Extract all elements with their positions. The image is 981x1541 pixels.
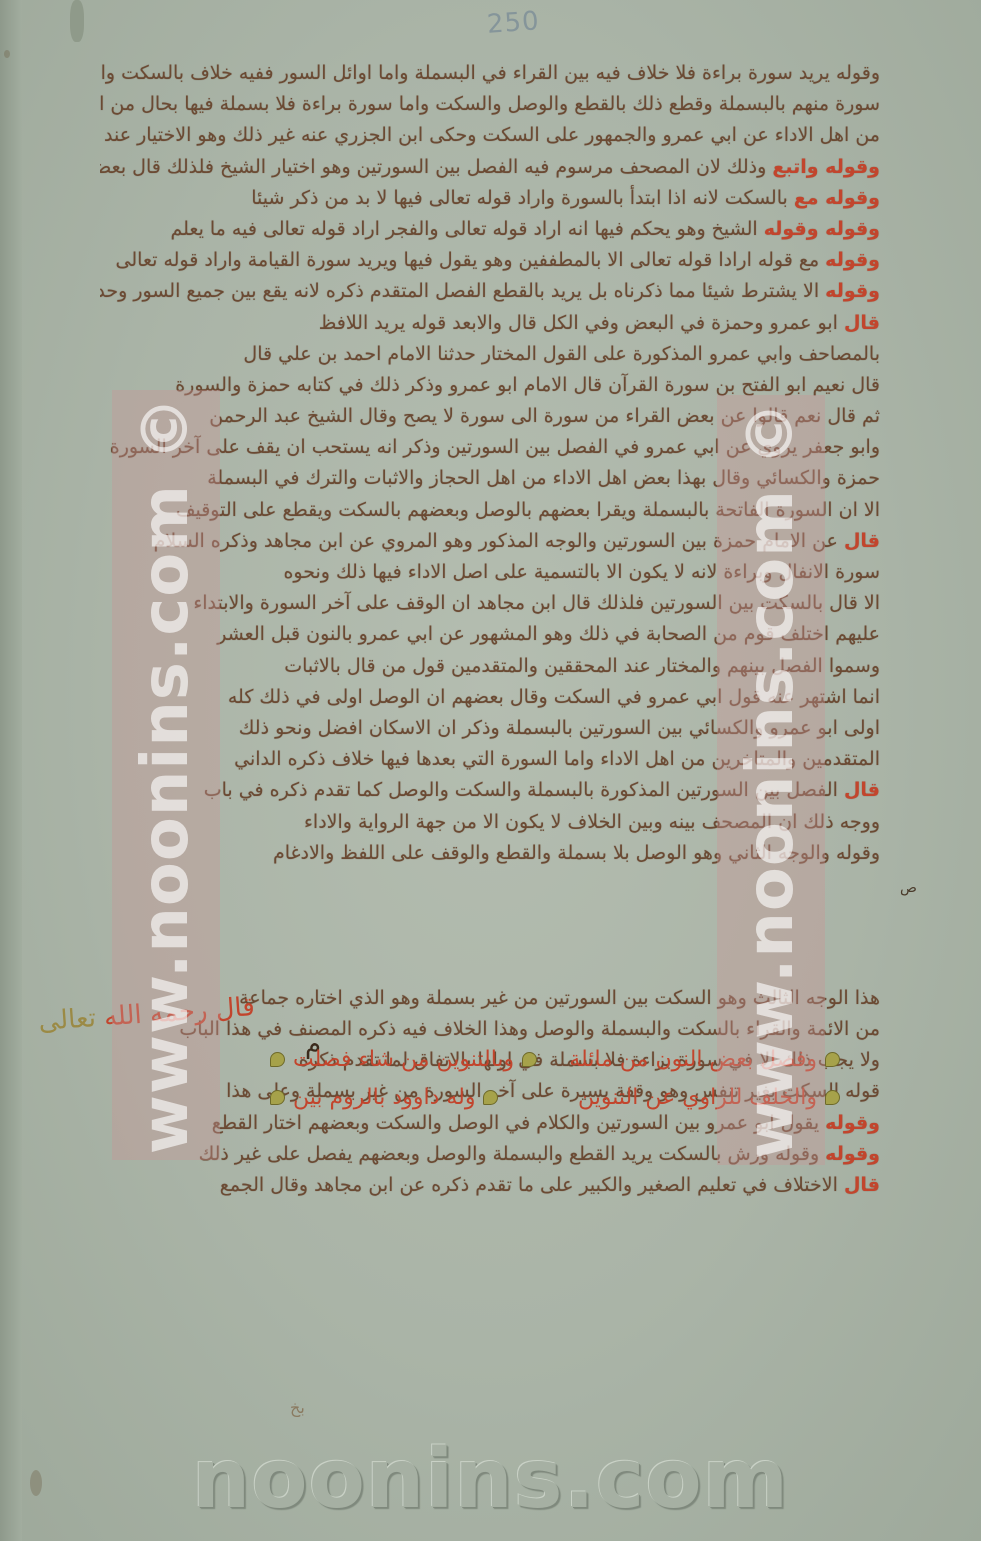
line-text: مع قوله ارادا قوله تعالى الا بالمطففين و… (116, 249, 820, 271)
manuscript-line: وقوله يريد سورة براءة فلا خلاف فيه بين ا… (100, 58, 880, 89)
manuscript-line: وقوله الا يشترط شيئا مما ذكرناه بل يريد … (100, 276, 880, 307)
hemistich-text: وله داوود بالروم بين (293, 1085, 475, 1110)
manuscript-line: سورة منهم بالبسملة وقطع ذلك بالقطع والوص… (100, 89, 880, 120)
rubric-word: وقوله (825, 249, 880, 271)
rubric-word: قال (844, 1174, 880, 1196)
verse-marker-icon (483, 1090, 498, 1105)
verse-marker-icon (270, 1052, 285, 1067)
rubric-word: قال (844, 779, 880, 801)
line-text: الاختلاف في تعليم الصغير والكبير على ما … (220, 1174, 838, 1196)
watermark-band-right: www.noonins.com © (717, 395, 825, 1165)
watermark-text: www.noonins.com © (734, 401, 808, 1159)
line-text: من اهل الاداء عن ابي عمرو والجمهور على ا… (100, 124, 880, 146)
line-text: سورة منهم بالبسملة وقطع ذلك بالقطع والوص… (100, 93, 880, 115)
binding-edge (0, 0, 22, 1541)
verse-marker-icon (825, 1052, 840, 1067)
binding-crease (70, 0, 84, 42)
line-text: وقوله يريد سورة براءة فلا خلاف فيه بين ا… (100, 62, 880, 84)
rubric-word: وقوله مع (794, 187, 880, 209)
folio-number: 250 (486, 6, 541, 40)
line-text: ابو عمرو وحمزة في البعض وفي الكل قال وال… (319, 312, 838, 334)
watermark-band-left: www.noonins.com © (112, 390, 220, 1160)
rubric-word: قال (844, 530, 880, 552)
line-text: بالسكت لانه اذا ابتدأ بالسورة واراد قوله… (251, 187, 788, 209)
verse-marker-icon (825, 1090, 840, 1105)
bottom-watermark: noonins.com (0, 1432, 981, 1527)
colophon-mark: بخ (290, 1398, 305, 1417)
rubric-word: وقوله وقوله (764, 218, 880, 240)
verse-marker-icon (522, 1052, 537, 1067)
manuscript-line: قال الاختلاف في تعليم الصغير والكبير على… (100, 1170, 880, 1201)
manuscript-line: وقوله مع بالسكت لانه اذا ابتدأ بالسورة و… (100, 183, 880, 214)
marginal-note-olive: تعالى (38, 1003, 97, 1037)
rubric-word: وقوله واتبع (772, 156, 880, 178)
rubric-word: وقوله (825, 1143, 880, 1165)
manuscript-line: وقوله واتبع وذلك لان المصحف مرسوم فيه ال… (100, 152, 880, 183)
line-text: قال نعيم ابو الفتح بن سورة القرآن قال ال… (175, 374, 880, 396)
rubric-word: وقوله (825, 280, 880, 302)
manuscript-line: بالمصاحف وابي عمرو المذكورة على القول ال… (100, 339, 880, 370)
manuscript-line: من اهل الاداء عن ابي عمرو والجمهور على ا… (100, 120, 880, 151)
verse-marker-icon (270, 1090, 285, 1105)
line-text: بالمصاحف وابي عمرو المذكورة على القول ال… (243, 343, 880, 365)
verse-hemistich-left: وله داوود بالروم بين (270, 1085, 498, 1110)
line-text: الا يشترط شيئا مما ذكرناه بل يريد بالقطع… (100, 280, 819, 302)
margin-mark: ص (900, 880, 917, 896)
rubric-word: قال (844, 312, 880, 334)
manuscript-line: وقوله وقوله الشيخ وهو يحكم فيها انه اراد… (100, 214, 880, 245)
manuscript-line: وقوله مع قوله ارادا قوله تعالى الا بالمط… (100, 245, 880, 276)
watermark-text: www.noonins.com © (129, 396, 203, 1154)
hemistich-text: وبالتنوين من شاء فصلت (293, 1047, 514, 1072)
verse-hemistich-left: وبالتنوين من شاء فصلت (270, 1047, 537, 1072)
line-text: وذلك لان المصحف مرسوم فيه الفصل بين السو… (100, 156, 766, 178)
manuscript-page: 250 وقوله يريد سورة براءة فلا خلاف فيه ب… (0, 0, 981, 1541)
line-text: الشيخ وهو يحكم فيها انه اراد قوله تعالى … (170, 218, 757, 240)
ink-stain (4, 50, 10, 58)
manuscript-line: قال ابو عمرو وحمزة في البعض وفي الكل قال… (100, 308, 880, 339)
